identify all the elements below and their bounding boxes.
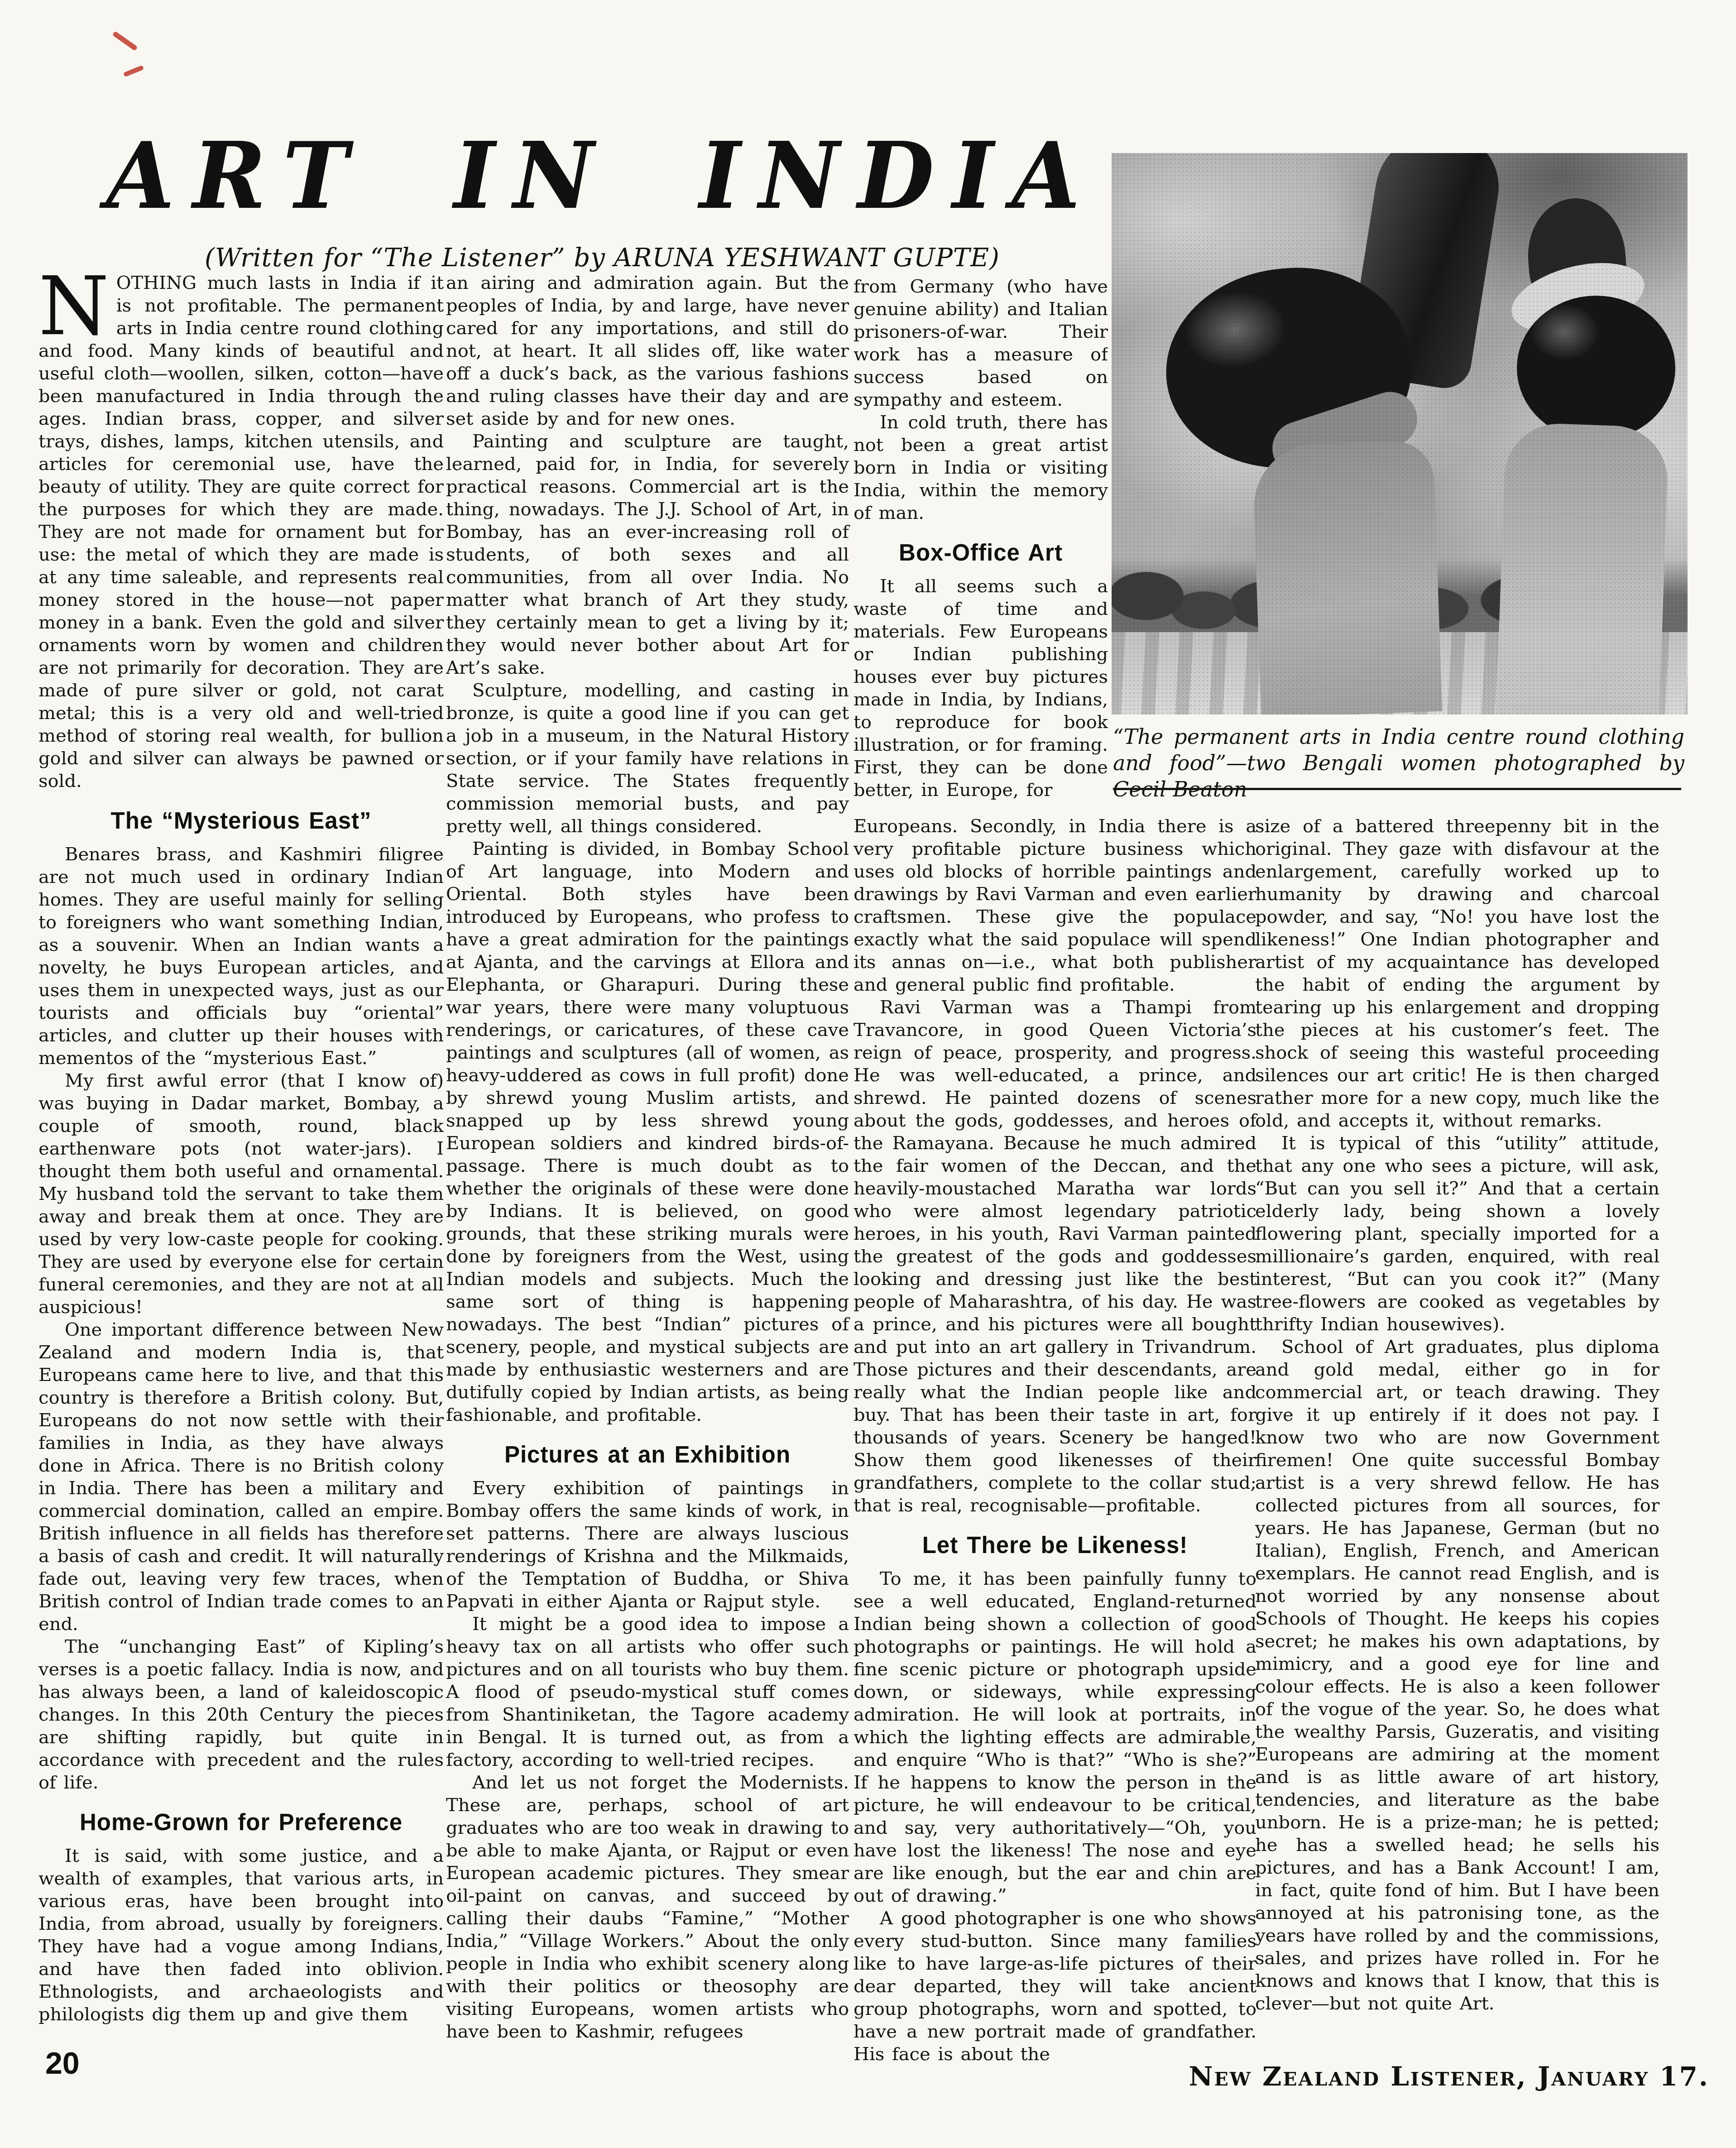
paragraph: an airing and admiration again. But the … bbox=[446, 272, 849, 430]
right-woman-water-pot bbox=[1517, 296, 1675, 441]
paragraph: The “unchanging East” of Kipling’s verse… bbox=[38, 1635, 444, 1794]
section-heading: Pictures at an Exhibition bbox=[446, 1442, 849, 1468]
paragraph: It all seems such a waste of time and ma… bbox=[854, 575, 1108, 801]
paragraph: Painting and sculpture are taught, learn… bbox=[446, 430, 849, 679]
paragraph: In cold truth, there has not been a grea… bbox=[854, 411, 1108, 524]
paragraph: It is typical of this “utility” attitude… bbox=[1255, 1132, 1659, 1336]
red-pen-mark bbox=[112, 31, 138, 51]
paragraph: School of Art graduates, plus diploma an… bbox=[1255, 1336, 1659, 2015]
paragraph: Sculpture, modelling, and casting in bro… bbox=[446, 679, 849, 838]
text-column-3-upper: from Germany (who have genuine ability) … bbox=[854, 275, 1108, 801]
article-byline: (Written for “The Listener” by ARUNA YES… bbox=[59, 243, 1146, 273]
paragraph: One important difference between New Zea… bbox=[38, 1319, 444, 1635]
issue-footer: New Zealand Listener, January 17. bbox=[1041, 2061, 1709, 2092]
red-pen-mark bbox=[123, 65, 144, 77]
text-column-3-lower: Europeans. Secondly, in India there is a… bbox=[854, 815, 1256, 2066]
section-heading: Home-Grown for Preference bbox=[38, 1809, 444, 1836]
article-header: ART IN INDIA (Written for “The Listener”… bbox=[59, 131, 1146, 273]
paragraph: NOTHING much lasts in India if it is not… bbox=[38, 272, 444, 792]
paragraph: It might be a good idea to impose a heav… bbox=[446, 1613, 849, 1771]
paragraph: from Germany (who have genuine ability) … bbox=[854, 275, 1108, 411]
paragraph: Ravi Varman was a Thampi from Travancore… bbox=[854, 996, 1256, 1517]
right-woman-sari bbox=[1496, 422, 1669, 714]
text-column-1: NOTHING much lasts in India if it is not… bbox=[38, 272, 444, 2026]
photo-caption: “The permanent arts in India centre roun… bbox=[1113, 724, 1684, 802]
paragraph: Painting is divided, in Bombay School of… bbox=[446, 838, 849, 1426]
article-title: ART IN INDIA bbox=[59, 129, 1146, 221]
paragraph: To me, it has been painfully funny to se… bbox=[854, 1568, 1256, 1907]
paragraph: Europeans. Secondly, in India there is a… bbox=[854, 815, 1256, 996]
paragraph: size of a battered threepenny bit in the… bbox=[1255, 815, 1659, 1132]
section-heading: Box-Office Art bbox=[854, 540, 1108, 566]
paragraph: My first awful error (that I know of) wa… bbox=[38, 1069, 444, 1319]
left-woman-sari bbox=[1252, 440, 1443, 714]
text-column-4: size of a battered threepenny bit in the… bbox=[1255, 815, 1659, 2015]
caption-divider-rule bbox=[1113, 788, 1681, 790]
page-number: 20 bbox=[45, 2046, 80, 2081]
paragraph: Every exhibition of paintings in Bombay … bbox=[446, 1477, 849, 1613]
paragraph: A good photographer is one who shows eve… bbox=[854, 1907, 1256, 2066]
drop-cap: N bbox=[38, 272, 116, 338]
section-heading: Let There be Likeness! bbox=[854, 1532, 1256, 1558]
newspaper-page: ART IN INDIA (Written for “The Listener”… bbox=[0, 0, 1736, 2148]
paragraph: Benares brass, and Kashmiri filigree are… bbox=[38, 843, 444, 1069]
paragraph: It is said, with some justice, and a wea… bbox=[38, 1845, 444, 2026]
text-column-2: an airing and admiration again. But the … bbox=[446, 272, 849, 2043]
article-photo bbox=[1112, 153, 1688, 714]
section-heading: The “Mysterious East” bbox=[38, 808, 444, 834]
paragraph: And let us not forget the Modernists. Th… bbox=[446, 1771, 849, 2043]
